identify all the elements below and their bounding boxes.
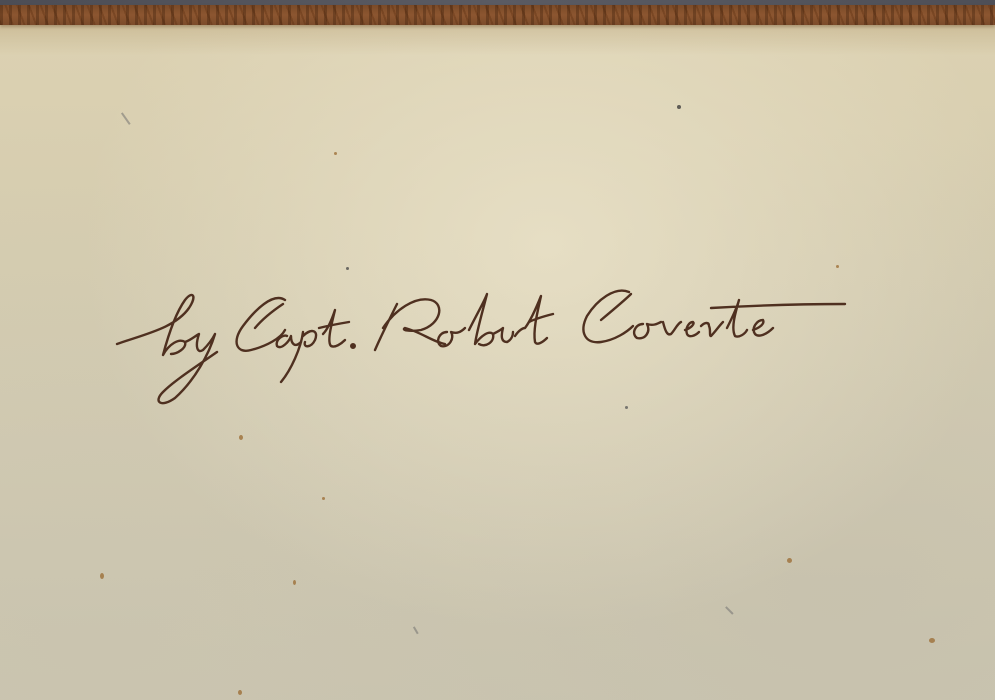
paper-fiber [121,112,130,124]
document-photo: by Capt. Robert Coverte [0,0,995,700]
paper-speck [238,690,242,695]
paper-speck [929,638,935,643]
paper-speck [293,580,296,585]
paper-speck [334,152,337,155]
handwritten-inscription: by Capt. Robert Coverte [105,270,865,420]
paper-speck [100,573,104,579]
page-shadow [0,25,995,55]
paper-fiber [413,626,418,634]
paper-speck [239,435,243,440]
paper-speck [787,558,792,563]
paper-speck [322,497,325,500]
cursive-signature-graphic [105,270,865,420]
paper-fiber [725,606,733,614]
gilt-page-edge [0,5,995,25]
paper-speck [836,265,839,268]
paper-speck [677,105,681,109]
